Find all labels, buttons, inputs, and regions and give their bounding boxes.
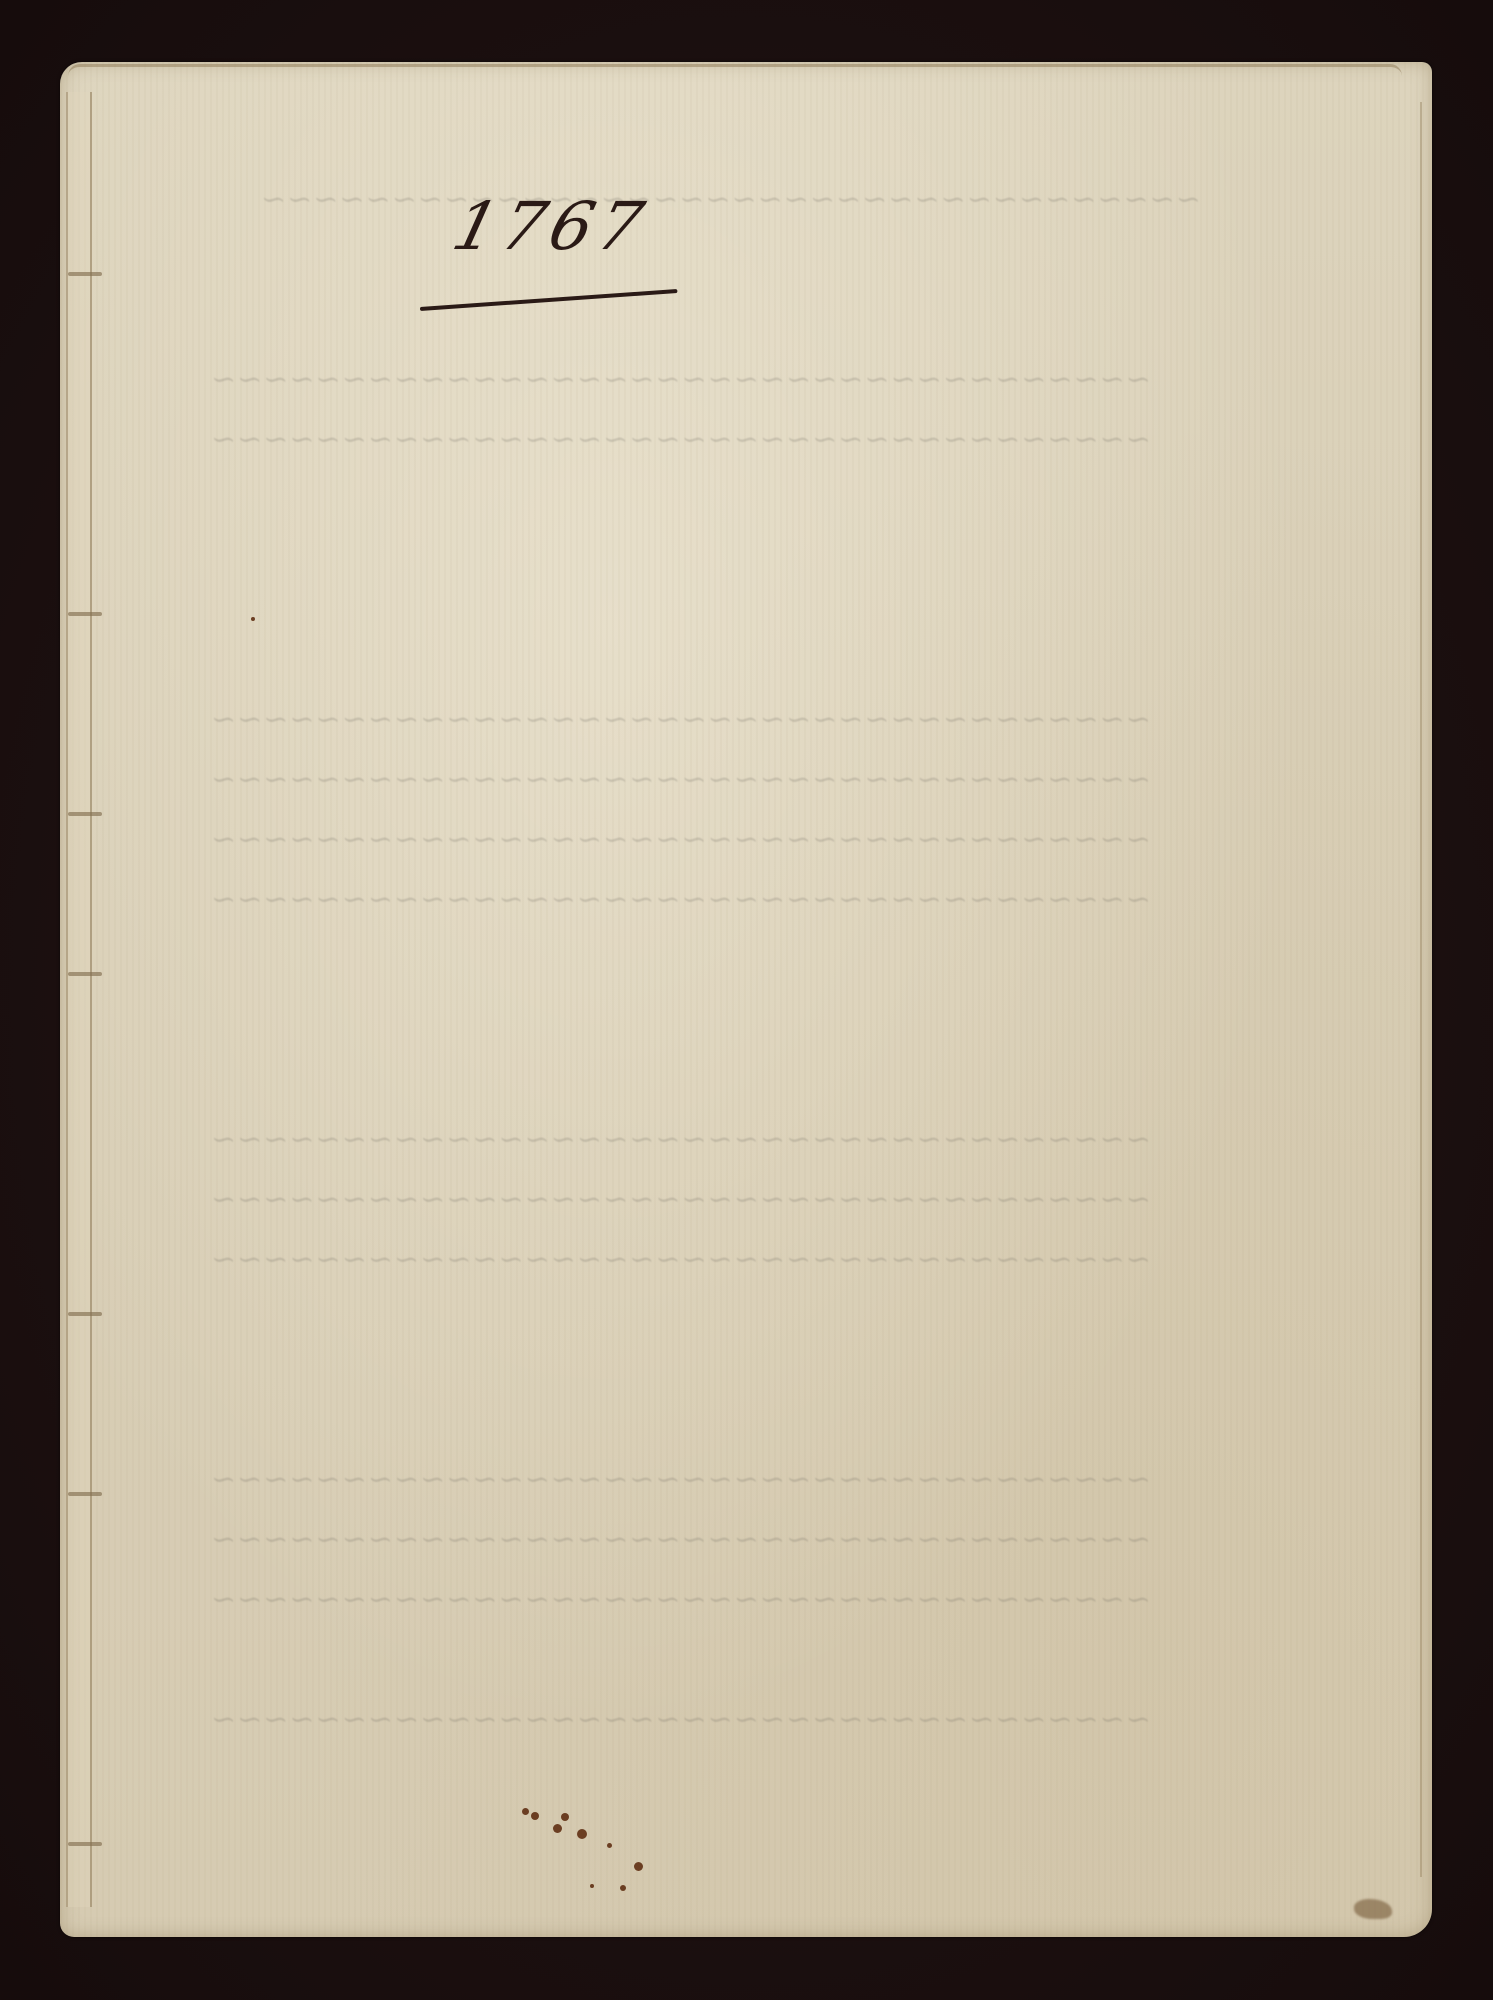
bleed-through-line: ~~~~~~~~~~~~~~~~~~~~~~~~~~~~~~~~~~~~ [210, 1522, 1151, 1557]
ink-spot [531, 1812, 539, 1820]
handwritten-year: 1767 [445, 188, 656, 265]
ink-spot [620, 1885, 626, 1891]
binding-stitch [68, 812, 102, 816]
bleed-through-line: ~~~~~~~~~~~~~~~~~~~~~~~~~~~~~~~~~~~~ [210, 1182, 1151, 1217]
bleed-through-line: ~~~~~~~~~~~~~~~~~~~~~~~~~~~~~~~~~~~~ [210, 362, 1151, 397]
ink-spot [553, 1824, 562, 1833]
manuscript-page: ~~~~~~~~~~~~~~~~~~~~~~~~~~~~~~~~~~~~ ~~~… [60, 62, 1432, 1937]
ink-spot [251, 617, 255, 621]
bleed-through-line: ~~~~~~~~~~~~~~~~~~~~~~~~~~~~~~~~~~~~ [210, 1462, 1151, 1497]
binding-stitch [68, 612, 102, 616]
bleed-through-line: ~~~~~~~~~~~~~~~~~~~~~~~~~~~~~~~~~~~~ [210, 1702, 1151, 1737]
binding-stitch [68, 1842, 102, 1846]
binding-stitch [68, 972, 102, 976]
bleed-through-line: ~~~~~~~~~~~~~~~~~~~~~~~~~~~~~~~~~~~~ [210, 702, 1151, 737]
bleed-through-line: ~~~~~~~~~~~~~~~~~~~~~~~~~~~~~~~~~~~~ [210, 422, 1151, 457]
ink-spot [607, 1843, 612, 1848]
binding-stitch [68, 272, 102, 276]
bleed-through-line: ~~~~~~~~~~~~~~~~~~~~~~~~~~~~~~~~~~~~ [210, 762, 1151, 797]
bleed-through-line: ~~~~~~~~~~~~~~~~~~~~~~~~~~~~~~~~~~~~ [210, 1242, 1151, 1277]
bleed-through-line: ~~~~~~~~~~~~~~~~~~~~~~~~~~~~~~~~~~~~ [210, 882, 1151, 917]
ink-spot [522, 1808, 529, 1815]
ink-spot [634, 1862, 643, 1871]
page-top-edge [68, 64, 1402, 77]
bleed-through-line: ~~~~~~~~~~~~~~~~~~~~~~~~~~~~~~~~~~~~ [210, 1582, 1151, 1617]
bleed-through-line: ~~~~~~~~~~~~~~~~~~~~~~~~~~~~~~~~~~~~ [210, 822, 1151, 857]
page-right-edge [1420, 102, 1422, 1877]
sewn-binding [66, 92, 92, 1907]
ink-spot [561, 1813, 569, 1821]
ink-spot [577, 1829, 587, 1839]
ink-spot [590, 1884, 594, 1888]
binding-stitch [68, 1492, 102, 1496]
bleed-through-line: ~~~~~~~~~~~~~~~~~~~~~~~~~~~~~~~~~~~~ [260, 182, 1201, 217]
corner-stain [1354, 1899, 1392, 1919]
bleed-through-line: ~~~~~~~~~~~~~~~~~~~~~~~~~~~~~~~~~~~~ [210, 1122, 1151, 1157]
binding-stitch [68, 1312, 102, 1316]
